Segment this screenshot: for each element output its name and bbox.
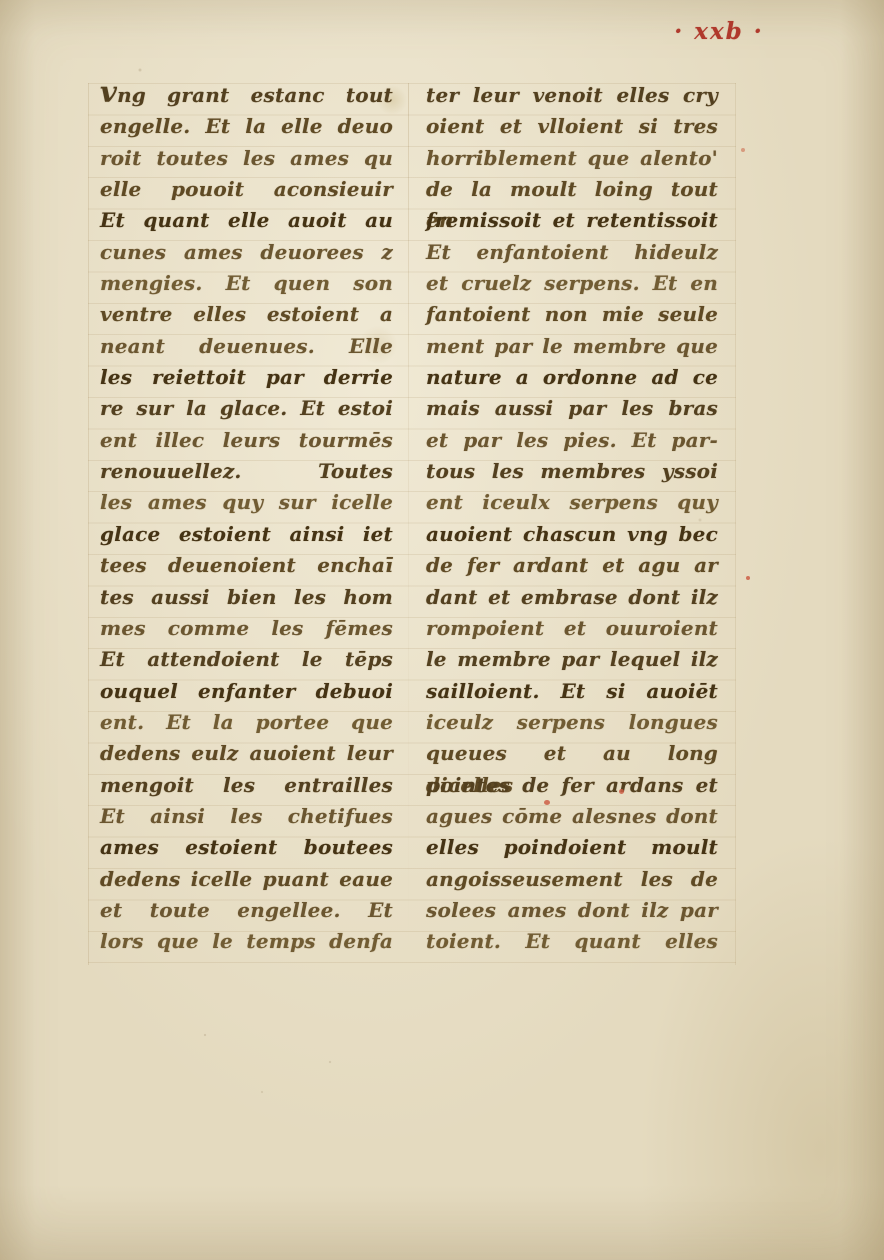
manuscript-text-line: glace estoient ainsi iet <box>100 519 393 550</box>
text-column-right: ter leur venoit elles cryoient et vlloie… <box>426 80 718 958</box>
manuscript-text-line: dedens eulz auoient leur <box>100 738 393 769</box>
manuscript-text-line: engelle. Et la elle deuo <box>100 111 393 142</box>
manuscript-text-line: tes aussi bien les hom <box>100 582 393 613</box>
manuscript-text-line: agues cōme alesnes dont <box>426 801 718 832</box>
manuscript-text-line: horriblement que alento' <box>426 143 718 174</box>
manuscript-text-line: dedens icelle puant eaue <box>100 864 393 895</box>
manuscript-text-line: ter leur venoit elles cry <box>426 80 718 111</box>
manuscript-text-line: sailloient. Et si auoiēt <box>426 676 718 707</box>
red-ink-dot <box>746 576 750 580</box>
manuscript-text-line: roit toutes les ames qu <box>100 143 393 174</box>
manuscript-text-line: fantoient non mie seule <box>426 299 718 330</box>
manuscript-text-line: mes comme les fēmes <box>100 613 393 644</box>
manuscript-page: · xxb · vng grant estanc toutengelle. Et… <box>0 0 884 1260</box>
folio-number: · xxb · <box>664 18 774 45</box>
manuscript-text-line: pointes de fer ardans et <box>426 770 718 801</box>
manuscript-text-line: et cruelz serpens. Et en <box>426 268 718 299</box>
manuscript-text-line: elles poindoient moult <box>426 832 718 863</box>
manuscript-text-line: ames estoient boutees <box>100 832 393 863</box>
manuscript-text-line: tees deuenoient enchaī <box>100 550 393 581</box>
manuscript-text-line: Et attendoient le tēps <box>100 644 393 675</box>
text-column-left: vng grant estanc toutengelle. Et la elle… <box>100 80 393 958</box>
manuscript-text-line: solees ames dont ilz par <box>426 895 718 926</box>
manuscript-text-line: les reiettoit par derrie <box>100 362 393 393</box>
manuscript-text-line: mais aussi par les bras <box>426 393 718 424</box>
manuscript-text-line: re sur la glace. Et estoi <box>100 393 393 424</box>
manuscript-text-line: renouuellez. Toutes <box>100 456 393 487</box>
manuscript-text-line: elle pouoit aconsieuir <box>100 174 393 205</box>
red-ink-dot <box>741 148 745 152</box>
manuscript-text-line: de la moult loing tout en <box>426 174 718 205</box>
manuscript-text-line: queues et au long dicelles <box>426 738 718 769</box>
manuscript-text-line: nature a ordonne ad ce <box>426 362 718 393</box>
manuscript-text-line: le membre par lequel ilz <box>426 644 718 675</box>
manuscript-text-line: iceulz serpens longues <box>426 707 718 738</box>
manuscript-text-line: fremissoit et retentissoit <box>426 205 718 236</box>
manuscript-text-line: Et enfantoient hideulz <box>426 237 718 268</box>
manuscript-text-line: dant et embrase dont ilz <box>426 582 718 613</box>
manuscript-text-line: neant deuenues. Elle <box>100 331 393 362</box>
manuscript-text-line: mengies. Et quen son <box>100 268 393 299</box>
manuscript-text-line: et par les pies. Et par- <box>426 425 718 456</box>
manuscript-text-line: ent. Et la portee que <box>100 707 393 738</box>
manuscript-text-line: vng grant estanc tout <box>100 80 393 111</box>
manuscript-text-line: Et ainsi les chetifues <box>100 801 393 832</box>
manuscript-text-line: lors que le temps denfa <box>100 926 393 957</box>
manuscript-text-line: cunes ames deuorees z <box>100 237 393 268</box>
manuscript-text-line: ouquel enfanter debuoi <box>100 676 393 707</box>
manuscript-text-line: ment par le membre que <box>426 331 718 362</box>
manuscript-text-line: toient. Et quant elles <box>426 926 718 957</box>
manuscript-text-line: angoisseusement les de <box>426 864 718 895</box>
manuscript-text-line: les ames quy sur icelle <box>100 487 393 518</box>
manuscript-text-line: de fer ardant et agu ar <box>426 550 718 581</box>
manuscript-text-line: ventre elles estoient a <box>100 299 393 330</box>
manuscript-text-line: auoient chascun vng bec <box>426 519 718 550</box>
manuscript-text-line: oient et vlloient si tres <box>426 111 718 142</box>
manuscript-text-line: mengoit les entrailles <box>100 770 393 801</box>
text-block: vng grant estanc toutengelle. Et la elle… <box>100 80 718 958</box>
manuscript-text-line: tous les membres yssoi <box>426 456 718 487</box>
manuscript-text-line: et toute engellee. Et <box>100 895 393 926</box>
manuscript-text-line: rompoient et ouuroient <box>426 613 718 644</box>
manuscript-text-line: ent iceulx serpens quy <box>426 487 718 518</box>
manuscript-text-line: ent illec leurs tourmēs <box>100 425 393 456</box>
manuscript-text-line: Et quant elle auoit au <box>100 205 393 236</box>
